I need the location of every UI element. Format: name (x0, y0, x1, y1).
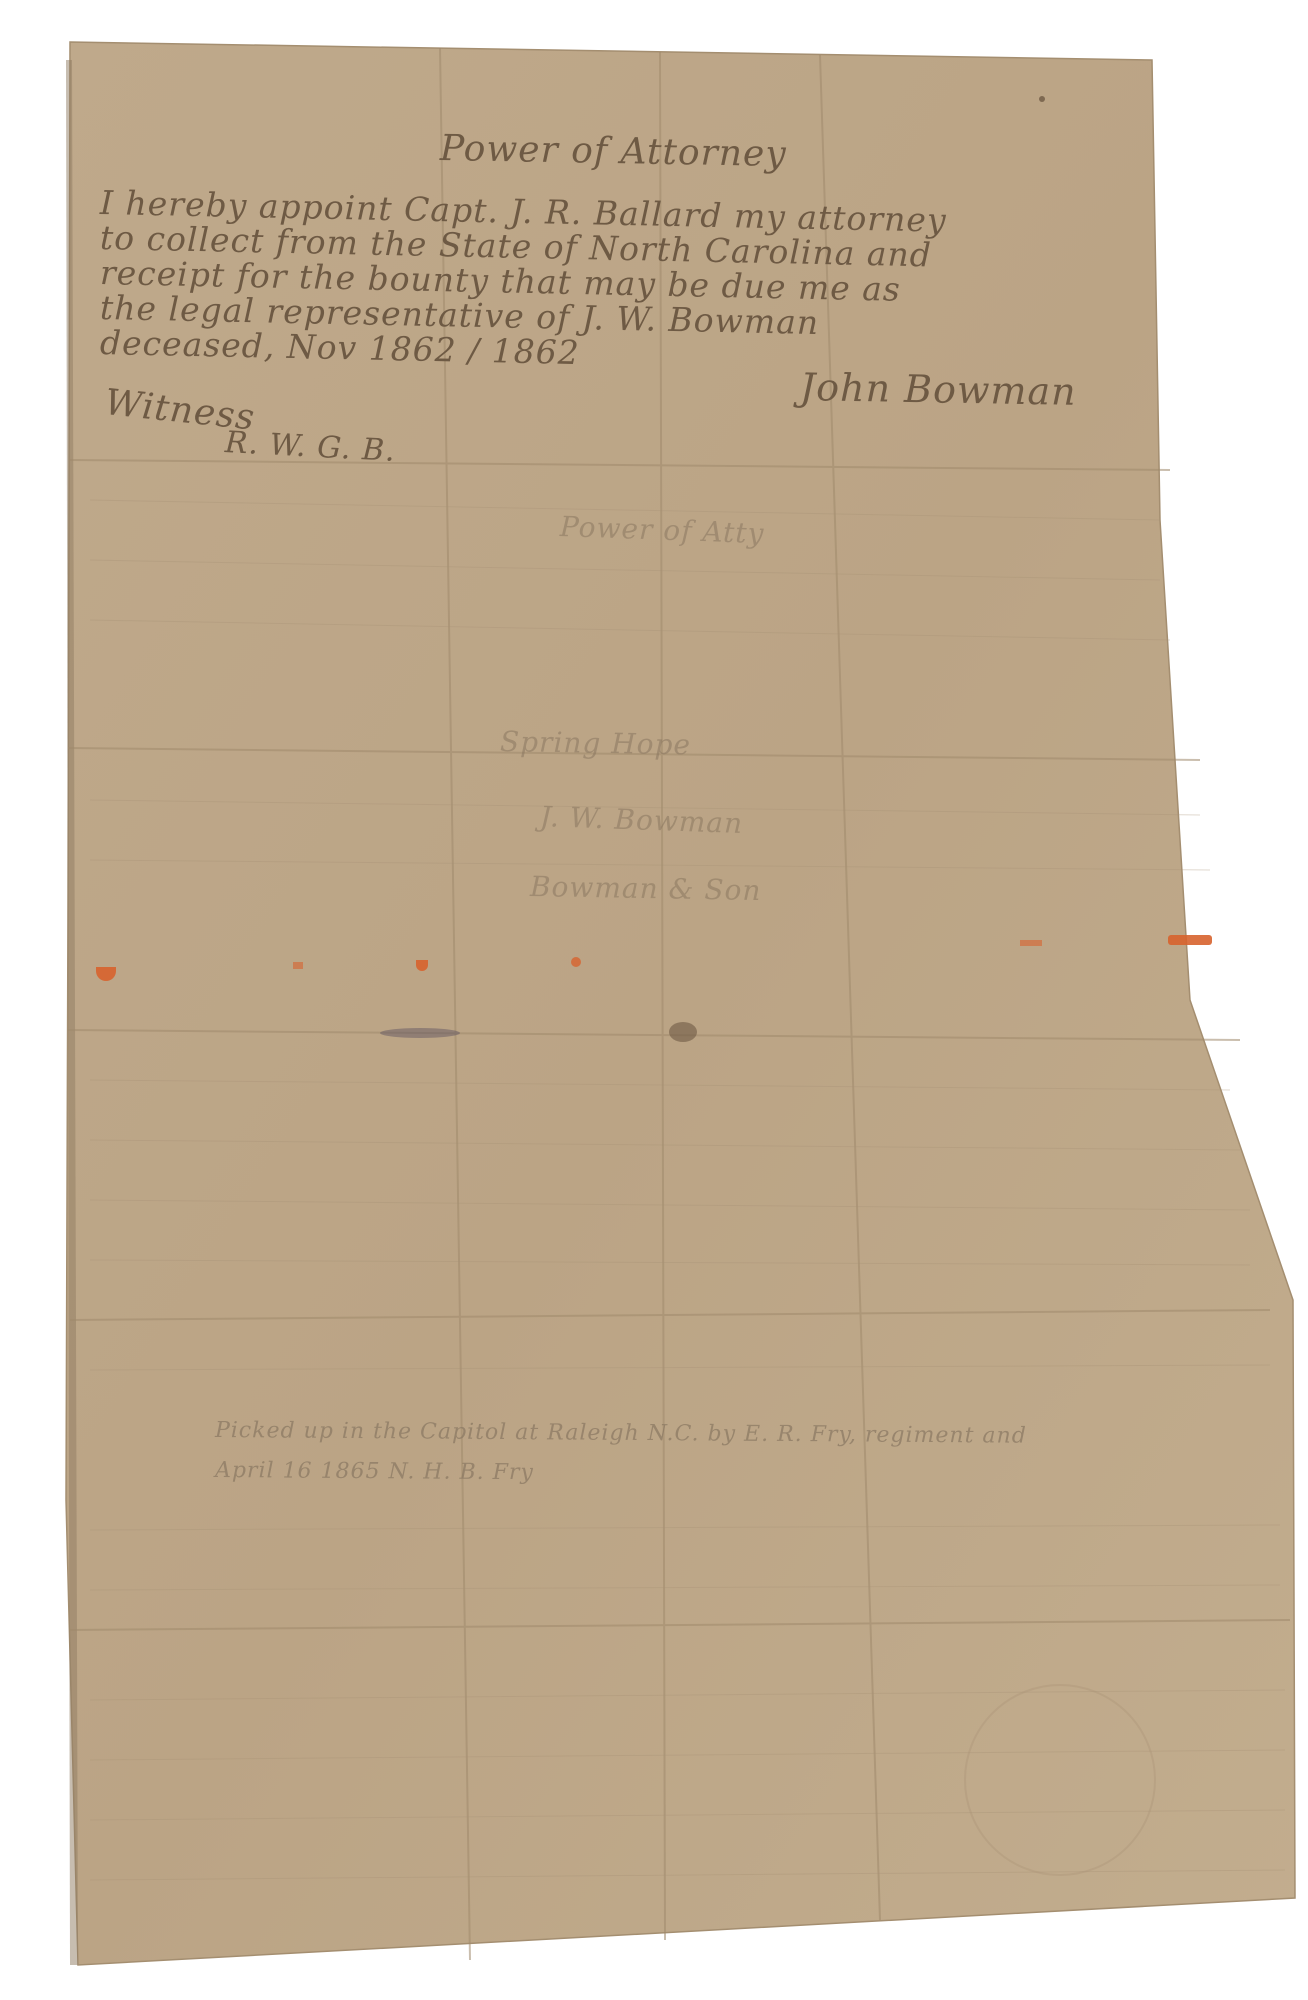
red-wax-mark (1168, 935, 1212, 945)
bleed-through-text: J. W. Bowman (539, 800, 743, 840)
signature: John Bowman (800, 365, 1077, 414)
red-wax-mark (1020, 940, 1042, 946)
document-photo: Power of Attorney I hereby appoint Capt.… (0, 0, 1308, 2000)
bleed-through-text: Spring Hope (500, 725, 692, 761)
bleed-through-text: Bowman & Son (530, 870, 762, 907)
red-wax-mark (293, 962, 303, 969)
annotation-line-2: April 16 1865 N. H. B. Fry (215, 1458, 534, 1485)
document-title: Power of Attorney (440, 128, 787, 175)
red-wax-mark (571, 957, 581, 967)
